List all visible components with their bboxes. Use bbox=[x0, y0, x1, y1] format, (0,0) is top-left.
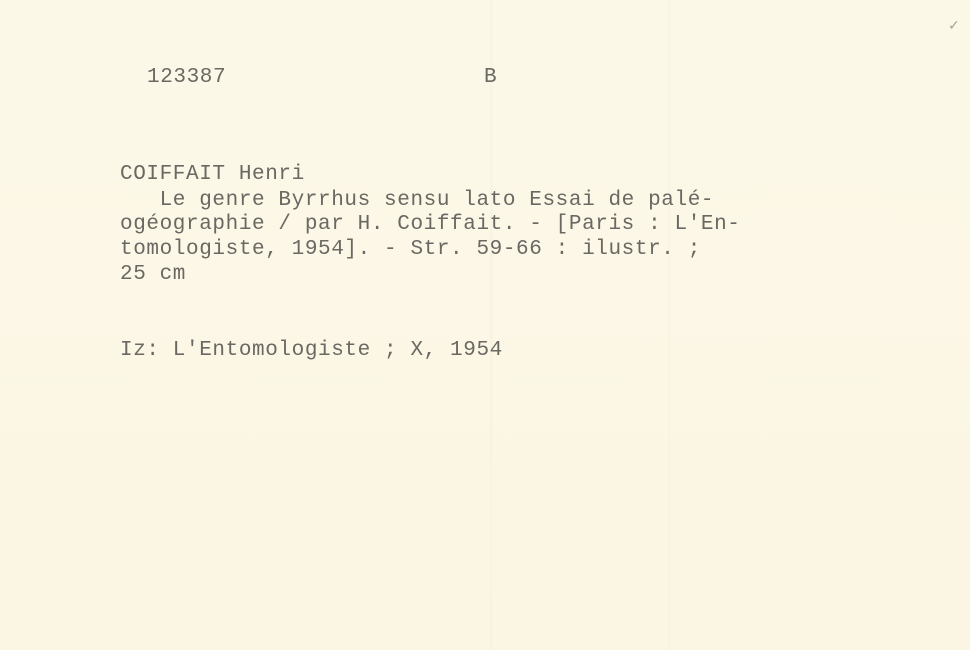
description-line: ogéographie / par H. Coiffait. - [Paris … bbox=[120, 213, 741, 237]
description-line: Le genre Byrrhus sensu lato Essai de pal… bbox=[120, 189, 714, 213]
source-note: Iz: L'Entomologiste ; X, 1954 bbox=[120, 339, 503, 363]
author-heading: COIFFAIT Henri bbox=[120, 163, 305, 187]
catalog-card: 123387 B COIFFAIT Henri Le genre Byrrhus… bbox=[0, 0, 970, 650]
check-mark-icon: ✓ bbox=[948, 18, 960, 34]
description-line: 25 cm bbox=[120, 263, 186, 287]
accession-number: 123387 bbox=[147, 66, 226, 90]
description-line: tomologiste, 1954]. - Str. 59-66 : ilust… bbox=[120, 238, 701, 262]
classification-mark: B bbox=[484, 66, 497, 90]
